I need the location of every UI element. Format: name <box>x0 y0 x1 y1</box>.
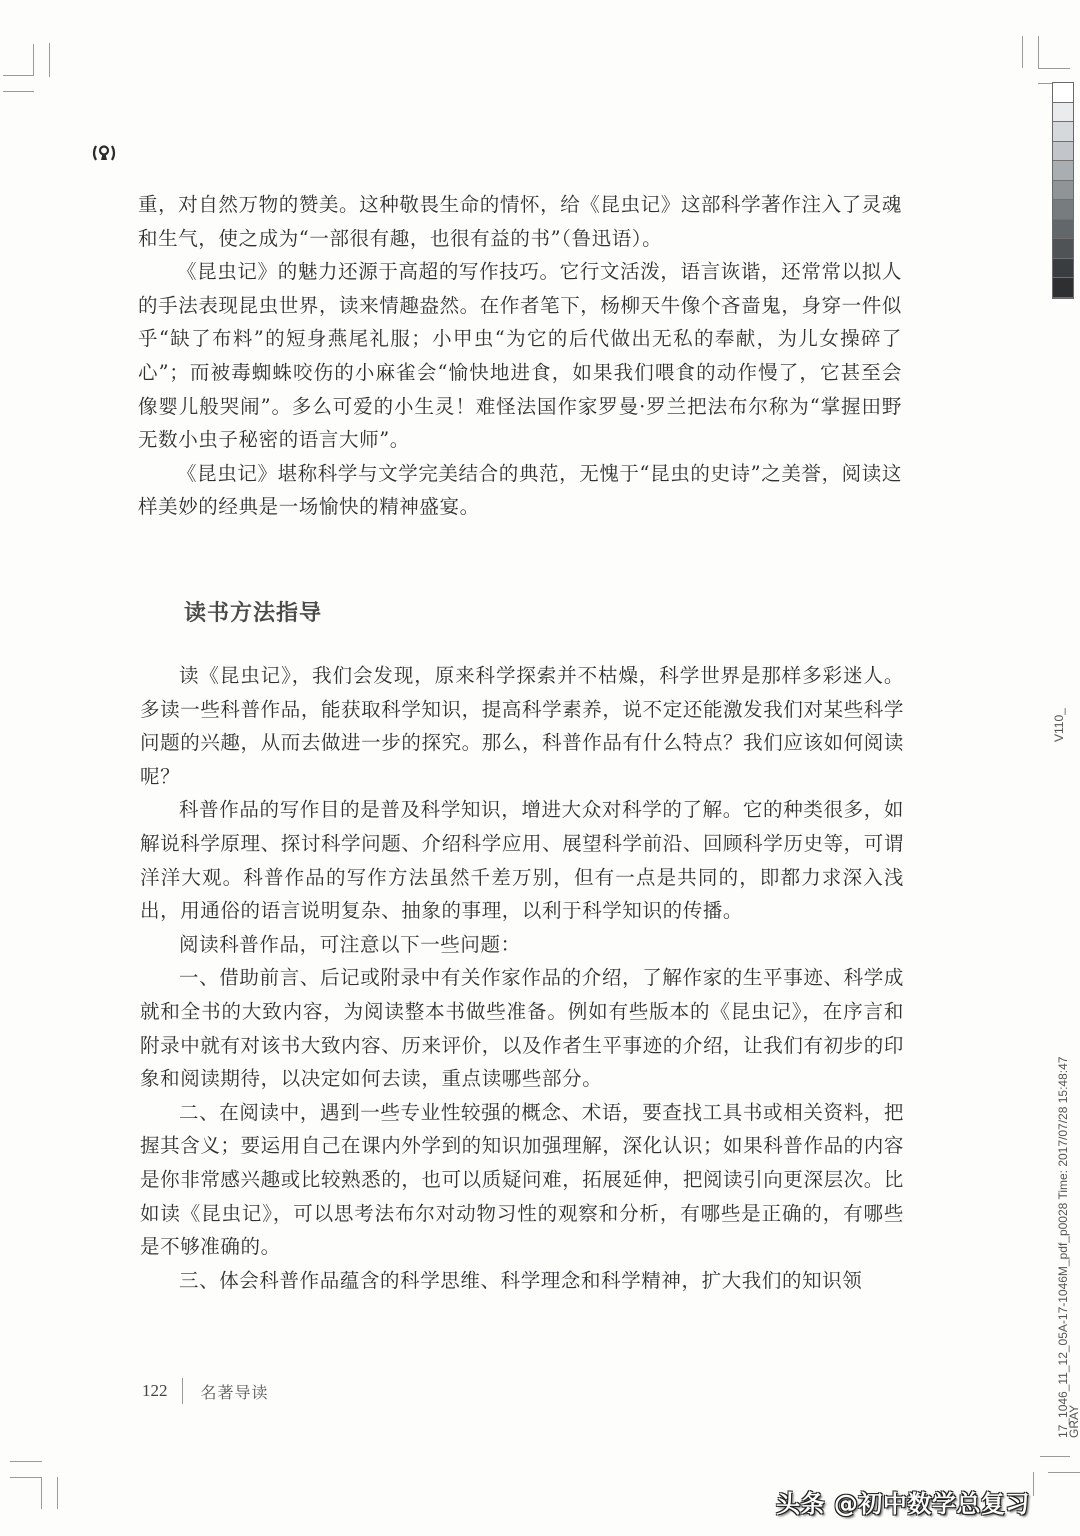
section-body-text: 读《昆虫记》，我们会发现，原来科学探索并不枯燥，科学世界是那样多彩迷人。多读一些… <box>140 659 904 1297</box>
crop-mark-bottom-left <box>41 1477 42 1509</box>
color-mode: GRAY <box>1067 1405 1080 1438</box>
gray-calibration-strip <box>1052 82 1074 299</box>
crop-mark-top-left <box>49 43 50 77</box>
crop-mark-bottom-right <box>1040 1456 1070 1457</box>
gray-step <box>1053 83 1073 103</box>
paragraph: 三、体会科普作品蕴含的科学思维、科学理念和科学精神，扩大我们的知识领 <box>140 1264 904 1298</box>
file-info: 17_1046_11_12_05A-17-1046M_pdf_p0028 Tim… <box>1056 1057 1070 1438</box>
book-title: 名著导读 <box>201 1380 269 1403</box>
crop-mark-top-right <box>1022 36 1023 68</box>
crop-mark-top-right <box>1038 83 1052 84</box>
crop-mark-bottom-left <box>57 1477 58 1509</box>
gray-step <box>1053 122 1073 142</box>
gray-step <box>1053 278 1073 298</box>
paragraph: 读《昆虫记》，我们会发现，原来科学探索并不枯燥，科学世界是那样多彩迷人。多读一些… <box>140 659 904 793</box>
gray-step <box>1053 259 1073 279</box>
crop-mark-bottom-right <box>1048 1472 1080 1473</box>
crop-mark-top-right <box>1038 68 1070 69</box>
paragraph: 二、在阅读中，遇到一些专业性较强的概念、术语，要查找工具书或相关资料，把握其含义… <box>140 1096 904 1264</box>
crop-mark-bottom-right <box>1033 1472 1034 1496</box>
crop-mark-bottom-left <box>10 1477 42 1478</box>
gray-step <box>1053 103 1073 123</box>
page-footer: 122 名著导读 <box>142 1378 269 1404</box>
watermark: 头条 @初中数学总复习 <box>776 1484 1030 1519</box>
continued-body-text: 重，对自然万物的赞美。这种敬畏生命的情怀，给《昆虫记》这部科学著作注入了灵魂和生… <box>138 188 902 524</box>
side-code: V110_ <box>1052 708 1066 742</box>
paragraph: 《昆虫记》的魅力还源于高超的写作技巧。它行文活泼，语言诙谐，还常常以拟人的手法表… <box>138 255 902 457</box>
gray-step <box>1053 239 1073 259</box>
gray-step <box>1053 220 1073 240</box>
gray-step <box>1053 181 1073 201</box>
section-heading: 读书方法指导 <box>184 596 322 627</box>
gray-step <box>1053 161 1073 181</box>
crop-mark-top-left <box>3 91 34 92</box>
page-number: 122 <box>142 1381 168 1401</box>
gray-step <box>1053 200 1073 220</box>
crop-mark-top-left <box>33 44 34 76</box>
book-page: 重，对自然万物的赞美。这种敬畏生命的情怀，给《昆虫记》这部科学著作注入了灵魂和生… <box>0 0 1080 1536</box>
paragraph: 科普作品的写作目的是普及科学知识，增进大众对科学的了解。它的种类很多，如解说科学… <box>140 793 904 927</box>
gray-step <box>1053 142 1073 162</box>
crop-mark-top-right <box>1038 36 1039 68</box>
crop-mark-bottom-left <box>10 1461 42 1462</box>
paragraph: 重，对自然万物的赞美。这种敬畏生命的情怀，给《昆虫记》这部科学著作注入了灵魂和生… <box>138 188 902 255</box>
crop-mark-top-left <box>3 75 34 76</box>
paragraph: 《昆虫记》堪称科学与文学完美结合的典范，无愧于“昆虫的史诗”之美誉，阅读这样美妙… <box>138 457 902 524</box>
paragraph: 一、借助前言、后记或附录中有关作家作品的介绍，了解作家的生平事迹、科学成就和全书… <box>140 961 904 1095</box>
keyhole-badge-icon <box>92 144 116 162</box>
footer-divider <box>182 1378 183 1404</box>
paragraph: 阅读科普作品，可注意以下一些问题： <box>140 928 904 962</box>
